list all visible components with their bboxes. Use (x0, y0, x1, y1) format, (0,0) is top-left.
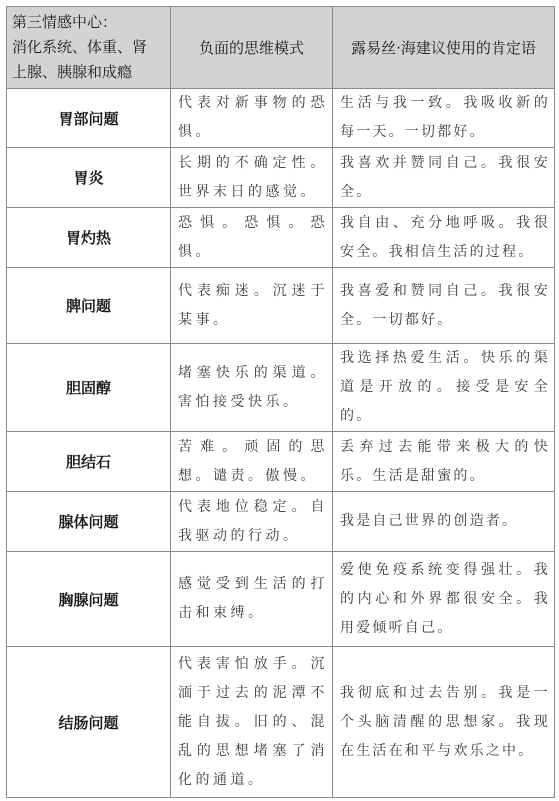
negative-pattern: 感觉受到生活的打击和束缚。 (171, 552, 333, 647)
condition-name: 腺体问题 (7, 492, 171, 552)
table-row: 胃灼热 恐惧。恐惧。恐惧。 我自由、充分地呼吸。我很安全。我相信生活的过程。 (7, 208, 555, 268)
affirmation: 我彻底和过去告别。我是一个头脑清醒的思想家。我现在生活在和平与欢乐之中。 (333, 647, 555, 798)
table-body: 胃部问题 代表对新事物的恐惧。 生活与我一致。我吸收新的每一天。一切都好。 胃炎… (7, 89, 555, 798)
negative-pattern: 代表对新事物的恐惧。 (171, 89, 333, 148)
negative-pattern: 堵塞快乐的渠道。害怕接受快乐。 (171, 344, 333, 432)
table-row: 胃炎 长期的不确定性。世界末日的感觉。 我喜欢并赞同自己。我很安全。 (7, 148, 555, 208)
affirmation: 我喜欢并赞同自己。我很安全。 (333, 148, 555, 208)
header-row: 第三情感中心： 消化系统、体重、肾 上腺、胰腺和成瘾 负面的思维模式 露易丝·海… (7, 7, 555, 89)
negative-pattern: 恐惧。恐惧。恐惧。 (171, 208, 333, 268)
table-row: 胃部问题 代表对新事物的恐惧。 生活与我一致。我吸收新的每一天。一切都好。 (7, 89, 555, 148)
negative-pattern: 代表害怕放手。沉湎于过去的泥潭不能自拔。旧的、混乱的思想堵塞了消化的通道。 (171, 647, 333, 798)
table-row: 结肠问题 代表害怕放手。沉湎于过去的泥潭不能自拔。旧的、混乱的思想堵塞了消化的通… (7, 647, 555, 798)
condition-name: 脾问题 (7, 268, 171, 344)
table-row: 胆结石 苦难。顽固的思想。谴责。傲慢。 丢弃过去能带来极大的快乐。生活是甜蜜的。 (7, 432, 555, 492)
header-negative-pattern: 负面的思维模式 (171, 7, 333, 89)
condition-name: 胸腺问题 (7, 552, 171, 647)
condition-name: 胆结石 (7, 432, 171, 492)
header-line: 上腺、胰腺和成瘾 (12, 60, 164, 85)
emotional-center-table: 第三情感中心： 消化系统、体重、肾 上腺、胰腺和成瘾 负面的思维模式 露易丝·海… (6, 6, 555, 798)
affirmation: 我自由、充分地呼吸。我很安全。我相信生活的过程。 (333, 208, 555, 268)
table-row: 胸腺问题 感觉受到生活的打击和束缚。 爱使免疫系统变得强壮。我的内心和外界都很安… (7, 552, 555, 647)
affirmation: 生活与我一致。我吸收新的每一天。一切都好。 (333, 89, 555, 148)
table-row: 腺体问题 代表地位稳定。自我驱动的行动。 我是自己世界的创造者。 (7, 492, 555, 552)
negative-pattern: 苦难。顽固的思想。谴责。傲慢。 (171, 432, 333, 492)
header-line: 消化系统、体重、肾 (12, 35, 164, 60)
header-affirmation: 露易丝·海建议使用的肯定语 (333, 7, 555, 89)
affirmation: 丢弃过去能带来极大的快乐。生活是甜蜜的。 (333, 432, 555, 492)
affirmation: 爱使免疫系统变得强壮。我的内心和外界都很安全。我用爱倾听自己。 (333, 552, 555, 647)
condition-name: 结肠问题 (7, 647, 171, 798)
condition-name: 胃部问题 (7, 89, 171, 148)
condition-name: 胃炎 (7, 148, 171, 208)
negative-pattern: 长期的不确定性。世界末日的感觉。 (171, 148, 333, 208)
header-emotional-center: 第三情感中心： 消化系统、体重、肾 上腺、胰腺和成瘾 (7, 7, 171, 89)
table-row: 脾问题 代表痴迷。沉迷于某事。 我喜爱和赞同自己。我很安全。一切都好。 (7, 268, 555, 344)
negative-pattern: 代表痴迷。沉迷于某事。 (171, 268, 333, 344)
condition-name: 胆固醇 (7, 344, 171, 432)
affirmation: 我是自己世界的创造者。 (333, 492, 555, 552)
affirmation: 我喜爱和赞同自己。我很安全。一切都好。 (333, 268, 555, 344)
affirmation: 我选择热爱生活。快乐的渠道是开放的。接受是安全的。 (333, 344, 555, 432)
condition-name: 胃灼热 (7, 208, 171, 268)
header-line: 第三情感中心： (12, 10, 164, 35)
table-header: 第三情感中心： 消化系统、体重、肾 上腺、胰腺和成瘾 负面的思维模式 露易丝·海… (7, 7, 555, 89)
negative-pattern: 代表地位稳定。自我驱动的行动。 (171, 492, 333, 552)
table-row: 胆固醇 堵塞快乐的渠道。害怕接受快乐。 我选择热爱生活。快乐的渠道是开放的。接受… (7, 344, 555, 432)
